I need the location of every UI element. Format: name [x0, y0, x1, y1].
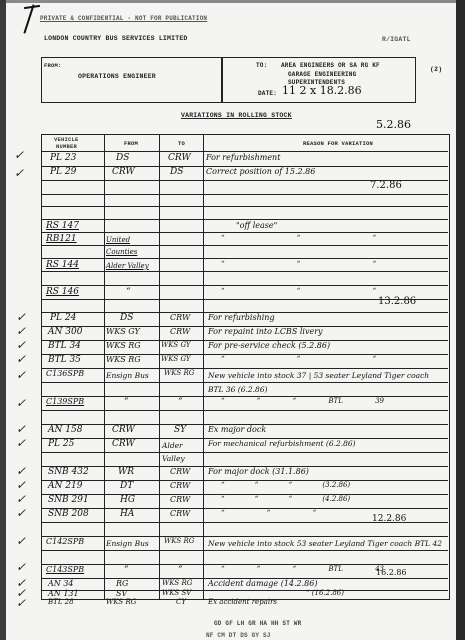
from-value: Ensign Bus: [106, 369, 158, 382]
to-value: CRW: [168, 153, 191, 163]
from-value: CRW: [112, 439, 135, 449]
reason-text: Ex major dock: [208, 425, 266, 434]
to-value: CY: [176, 598, 186, 606]
company-name: LONDON COUNTRY BUS SERVICES LIMITED: [44, 35, 188, 42]
reason-text: For refurbishing: [208, 313, 275, 322]
col-header-reason: REASON FOR VARIATION: [303, 140, 373, 147]
from-value: HG: [120, 495, 135, 505]
row-line: [41, 180, 448, 181]
reason-text: For major dock (31.1.86): [208, 467, 309, 476]
vehicle-number: AN 131: [48, 589, 79, 598]
check-mark-icon: ✓: [16, 464, 26, 478]
to-line-2: GARAGE ENGINEERING: [288, 71, 356, 78]
variations-table: [41, 134, 450, 600]
to-value: CRW: [170, 467, 190, 476]
vehicle-number: BTL 35: [48, 355, 81, 365]
column-divider: [104, 134, 105, 600]
reason-text: “ “ “: [221, 509, 316, 517]
row-line: [41, 410, 448, 411]
to-value: CRW: [170, 481, 190, 490]
check-mark-icon: ✓: [16, 310, 26, 324]
reason-text: New vehicle into stock 37 | 53 seater Le…: [208, 369, 444, 397]
vehicle-number: SNB 208: [48, 509, 89, 519]
vehicle-number: C142SPB: [46, 537, 84, 546]
check-mark-icon: ✓: [16, 368, 26, 382]
distribution-codes-2: NF CM DT DS GY SJ: [206, 632, 271, 639]
to-value: WKS GY: [161, 355, 191, 363]
from-value: DS: [120, 313, 133, 323]
to-value: CRW: [170, 313, 190, 322]
vehicle-number: PL 29: [50, 167, 76, 177]
vehicle-number: RB121: [46, 234, 77, 244]
from-value: SV: [116, 589, 127, 598]
vehicle-number: C136SPB: [46, 369, 84, 378]
page-marker: (2): [430, 66, 442, 73]
to-value: SY: [174, 425, 186, 435]
reason-text: “ “ “: [221, 260, 376, 268]
row-line: [41, 245, 448, 246]
reference-code: R/IGATL: [382, 36, 411, 43]
to-value: “: [178, 397, 183, 407]
vehicle-number: AN 34: [48, 579, 74, 588]
check-mark-icon: ✓: [16, 436, 26, 450]
date-note: 5.2.86: [376, 118, 411, 131]
reason-text: “ “ “ BTL 43: [221, 565, 384, 573]
col-header-to: TO: [178, 140, 185, 147]
to-value: CRW: [170, 509, 190, 518]
from-value: WKS GY: [106, 327, 140, 336]
to-value: WKS RG: [164, 369, 194, 377]
row-line: [41, 590, 448, 591]
date-value: 11 2 x 18.2.86: [282, 84, 362, 97]
scan-edge: [6, 0, 456, 3]
check-mark-icon: ✓: [16, 478, 26, 492]
check-mark-icon: ✓: [16, 422, 26, 436]
vehicle-number: RS 147: [46, 221, 79, 231]
from-value: RG: [116, 579, 128, 588]
check-mark-icon: ✓: [16, 352, 26, 366]
reason-text: Accident damage (14.2.86): [208, 579, 317, 588]
from-value: “: [126, 287, 131, 297]
from-value: DS: [116, 153, 129, 163]
date-label: DATE:: [258, 90, 277, 97]
row-line: [41, 206, 448, 207]
vehicle-number: C143SPB: [46, 565, 84, 574]
reason-text: For repaint into LCBS livery: [208, 327, 323, 336]
from-value: HA: [120, 509, 134, 519]
reason-text: "off lease": [236, 221, 277, 230]
vehicle-number: AN 219: [48, 481, 82, 491]
check-mark-icon: ✓: [16, 506, 26, 520]
to-value: DS: [170, 167, 183, 177]
reason-text: New vehicle into stock 53 seater Leyland…: [208, 537, 444, 551]
to-value: CRW: [170, 495, 190, 504]
reason-text: For pre-service check (5.2.86): [208, 341, 330, 350]
from-value: OPERATIONS ENGINEER: [78, 73, 156, 80]
to-value: Alder Valley: [162, 439, 202, 465]
from-value: CRW: [112, 425, 135, 435]
reason-text: “ (16.2.86): [306, 589, 344, 597]
to-value: “: [178, 565, 183, 575]
to-label: TO:: [256, 62, 267, 69]
from-value: United Counties: [106, 234, 158, 258]
reason-text: “ “ “: [221, 355, 376, 363]
distribution-codes-1: GD GF LH GR HA HH ST WR: [214, 620, 301, 627]
check-mark-icon: ✓: [16, 534, 26, 548]
col-header-vehicle-2: NUMBER: [56, 143, 77, 150]
reason-text: Ex accident repairs: [208, 598, 277, 606]
check-mark-icon: ✓: [14, 166, 24, 180]
classification-line: PRIVATE & CONFIDENTIAL - NOT FOR PUBLICA…: [40, 15, 207, 22]
from-value: DT: [120, 481, 133, 491]
to-value: CRW: [170, 327, 190, 336]
reason-text: “ “ “ BTL 39: [221, 397, 384, 405]
vehicle-number: AN 158: [48, 425, 82, 435]
check-mark-icon: ✓: [16, 596, 26, 610]
check-mark-icon: ✓: [14, 148, 24, 162]
row-line: [41, 194, 448, 195]
vehicle-number: SNB 432: [48, 467, 89, 477]
reason-text: For mechanical refurbishment (6.2.86): [208, 439, 356, 448]
from-value: WKS RG: [106, 355, 141, 364]
check-mark-icon: ✓: [16, 324, 26, 338]
row-line: [41, 522, 448, 523]
check-mark-icon: ✓: [16, 338, 26, 352]
from-value: WKS RG: [106, 341, 141, 350]
from-value: WKS RG: [106, 598, 136, 606]
from-value: WR: [118, 467, 134, 477]
reason-text: For refurbishment: [206, 153, 280, 162]
from-box: [41, 57, 223, 103]
from-value: “: [124, 565, 129, 575]
reason-text: “ “ “ (4.2.86): [221, 495, 350, 503]
to-value: WKS RG: [162, 579, 192, 587]
row-line: [41, 271, 448, 272]
vehicle-number: PL 25: [48, 439, 74, 449]
document-title: VARIATIONS IN ROLLING STOCK: [181, 112, 292, 119]
column-divider: [203, 134, 204, 600]
reason-text: “ “ “ (3.2.86): [221, 481, 350, 489]
vehicle-number: BTL 28: [48, 598, 74, 606]
to-line-1: AREA ENGINEERS OR SA RG KF: [281, 62, 380, 69]
vehicle-number: RS 146: [46, 287, 79, 297]
from-value: Ensign Bus: [106, 537, 158, 550]
vehicle-number: BTL 34: [48, 341, 81, 351]
from-value: “: [124, 397, 129, 407]
check-mark-icon: ✓: [16, 492, 26, 506]
from-value: Alder Valley: [106, 260, 158, 273]
document-page: PRIVATE & CONFIDENTIAL - NOT FOR PUBLICA…: [6, 0, 456, 640]
column-divider: [159, 134, 160, 600]
vehicle-number: RS 144: [46, 260, 79, 270]
row-line: [41, 299, 448, 300]
col-header-vehicle: VEHICLE: [54, 136, 79, 143]
col-header-from: FROM: [124, 140, 138, 147]
scan-edge: [456, 0, 465, 640]
vehicle-number: SNB 291: [48, 495, 89, 505]
vehicle-number: AN 300: [48, 327, 82, 337]
from-value: CRW: [112, 167, 135, 177]
vehicle-number: PL 24: [50, 313, 76, 323]
vehicle-number: PL 23: [50, 153, 76, 163]
check-mark-icon: ✓: [16, 396, 26, 410]
to-value: WKS GY: [161, 341, 191, 349]
reason-text: Correct position of 15.2.86: [206, 167, 315, 176]
row-line: [41, 452, 448, 453]
reason-text: “ “ “: [221, 234, 376, 242]
from-label: FROM:: [44, 62, 62, 69]
reason-text: “ “ “: [221, 287, 376, 295]
to-value: WKS SV: [162, 589, 191, 597]
to-value: WKS RG: [164, 537, 194, 545]
vehicle-number: C139SPB: [46, 397, 84, 406]
check-mark-icon: ✓: [16, 560, 26, 574]
